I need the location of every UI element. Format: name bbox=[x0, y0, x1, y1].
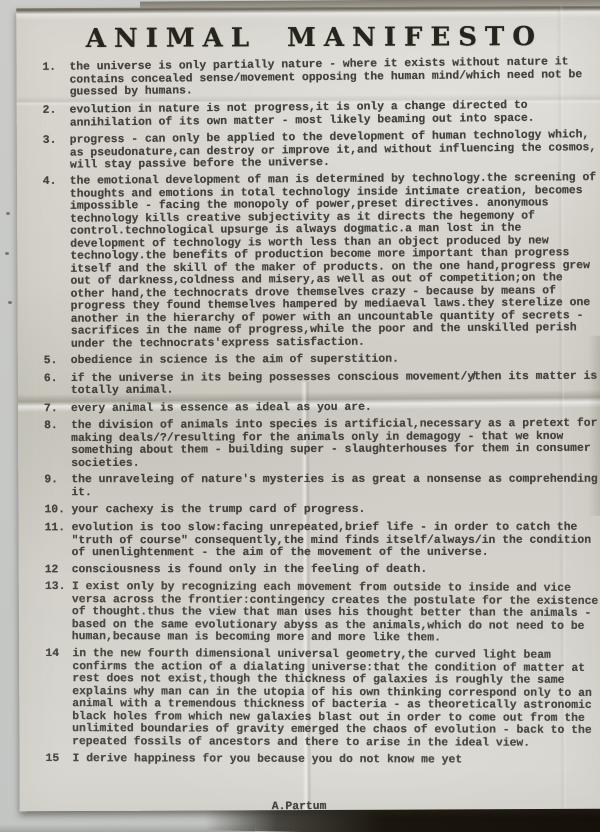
dust-speck bbox=[8, 301, 12, 304]
title-word: MANIFESTO bbox=[287, 22, 543, 53]
item-text: the unraveleing of nature's mysteries is… bbox=[71, 474, 600, 499]
page-content: ANIMAL MANIFESTO 1. the universe is only… bbox=[30, 12, 600, 814]
item-text: progress - can only be applied to the de… bbox=[70, 129, 599, 172]
author-signature: A.Partum bbox=[272, 799, 600, 812]
manifesto-item: 11. evolution is too slow:facing unrepea… bbox=[45, 521, 600, 559]
item-number: 6. bbox=[44, 373, 71, 398]
item-number: 14 bbox=[45, 648, 72, 748]
manifesto-item: 15 I derive happiness for you because yo… bbox=[46, 753, 600, 767]
item-number: 12 bbox=[45, 564, 72, 577]
item-text: every animal is essence as ideal as you … bbox=[71, 400, 600, 415]
manifesto-item: 8. the division of animals into species … bbox=[44, 418, 600, 470]
item-text: I derive happiness for you because you d… bbox=[73, 753, 600, 767]
item-text: evolution is too slow:facing unrepeated,… bbox=[72, 521, 600, 559]
item-number: 4. bbox=[43, 176, 71, 351]
document-title: ANIMAL MANIFESTO bbox=[30, 22, 598, 54]
background-surface-shadow bbox=[0, 824, 255, 832]
manifesto-item: 7. every animal is essence as ideal as y… bbox=[44, 400, 600, 415]
manifesto-items: 1. the universe is only partially nature… bbox=[30, 58, 600, 768]
item-number: 8. bbox=[44, 420, 71, 470]
manifesto-item: 14 in the new fourth dimensional univers… bbox=[45, 648, 600, 750]
item-text: evolution in nature is not progress,it i… bbox=[70, 99, 599, 130]
item-text: the division of animals into species is … bbox=[71, 418, 600, 470]
dust-speck bbox=[5, 252, 9, 255]
manifesto-item: 1. the universe is only partially nature… bbox=[42, 56, 598, 99]
item-text: consciousness is found only in the feeli… bbox=[72, 564, 600, 577]
item-number: 3. bbox=[43, 134, 70, 172]
item-number: 11. bbox=[45, 522, 72, 560]
item-text: the universe is only partially nature - … bbox=[69, 56, 598, 99]
manifesto-item: 9. the unraveleing of nature's mysteries… bbox=[44, 474, 600, 499]
item-text: I exist only by recognizing each movemen… bbox=[72, 581, 600, 645]
manifesto-item: 4. the emotional development of man is d… bbox=[43, 172, 600, 351]
item-number: 10. bbox=[44, 504, 71, 517]
manifesto-item: 3. progress - can only be applied to the… bbox=[43, 129, 599, 172]
item-number: 9. bbox=[44, 474, 71, 499]
item-text: the emotional development of man is dete… bbox=[70, 172, 600, 351]
item-text: if the universe in its being possesses c… bbox=[71, 370, 600, 397]
item-text: in the new fourth dimensional universal … bbox=[72, 648, 600, 750]
item-number: 7. bbox=[44, 403, 71, 416]
item-number: 2. bbox=[43, 104, 70, 129]
scanned-photo: ANIMAL MANIFESTO 1. the universe is only… bbox=[0, 0, 600, 832]
item-number: 15 bbox=[46, 753, 73, 766]
manifesto-page: ANIMAL MANIFESTO 1. the universe is only… bbox=[16, 6, 600, 812]
manifesto-item: 6. if the universe in its being possesse… bbox=[44, 370, 600, 397]
manifesto-item: 2. evolution in nature is not progress,i… bbox=[43, 99, 599, 130]
item-number: 13. bbox=[45, 580, 72, 643]
title-word: ANIMAL bbox=[86, 23, 257, 54]
item-text: obedience in science is the aim of super… bbox=[71, 353, 600, 368]
item-number: 1. bbox=[42, 62, 69, 100]
manifesto-item: 12 consciousness is found only in the fe… bbox=[45, 564, 600, 577]
manifesto-item: 13. I exist only by recognizing each mov… bbox=[45, 580, 600, 644]
item-text: your cachexy is the trump card of progre… bbox=[71, 504, 600, 517]
manifesto-item: 5. obedience in science is the aim of su… bbox=[44, 353, 600, 368]
manifesto-item: 10. your cachexy is the trump card of pr… bbox=[44, 504, 600, 517]
item-number: 5. bbox=[44, 355, 71, 368]
dust-speck bbox=[6, 212, 10, 215]
